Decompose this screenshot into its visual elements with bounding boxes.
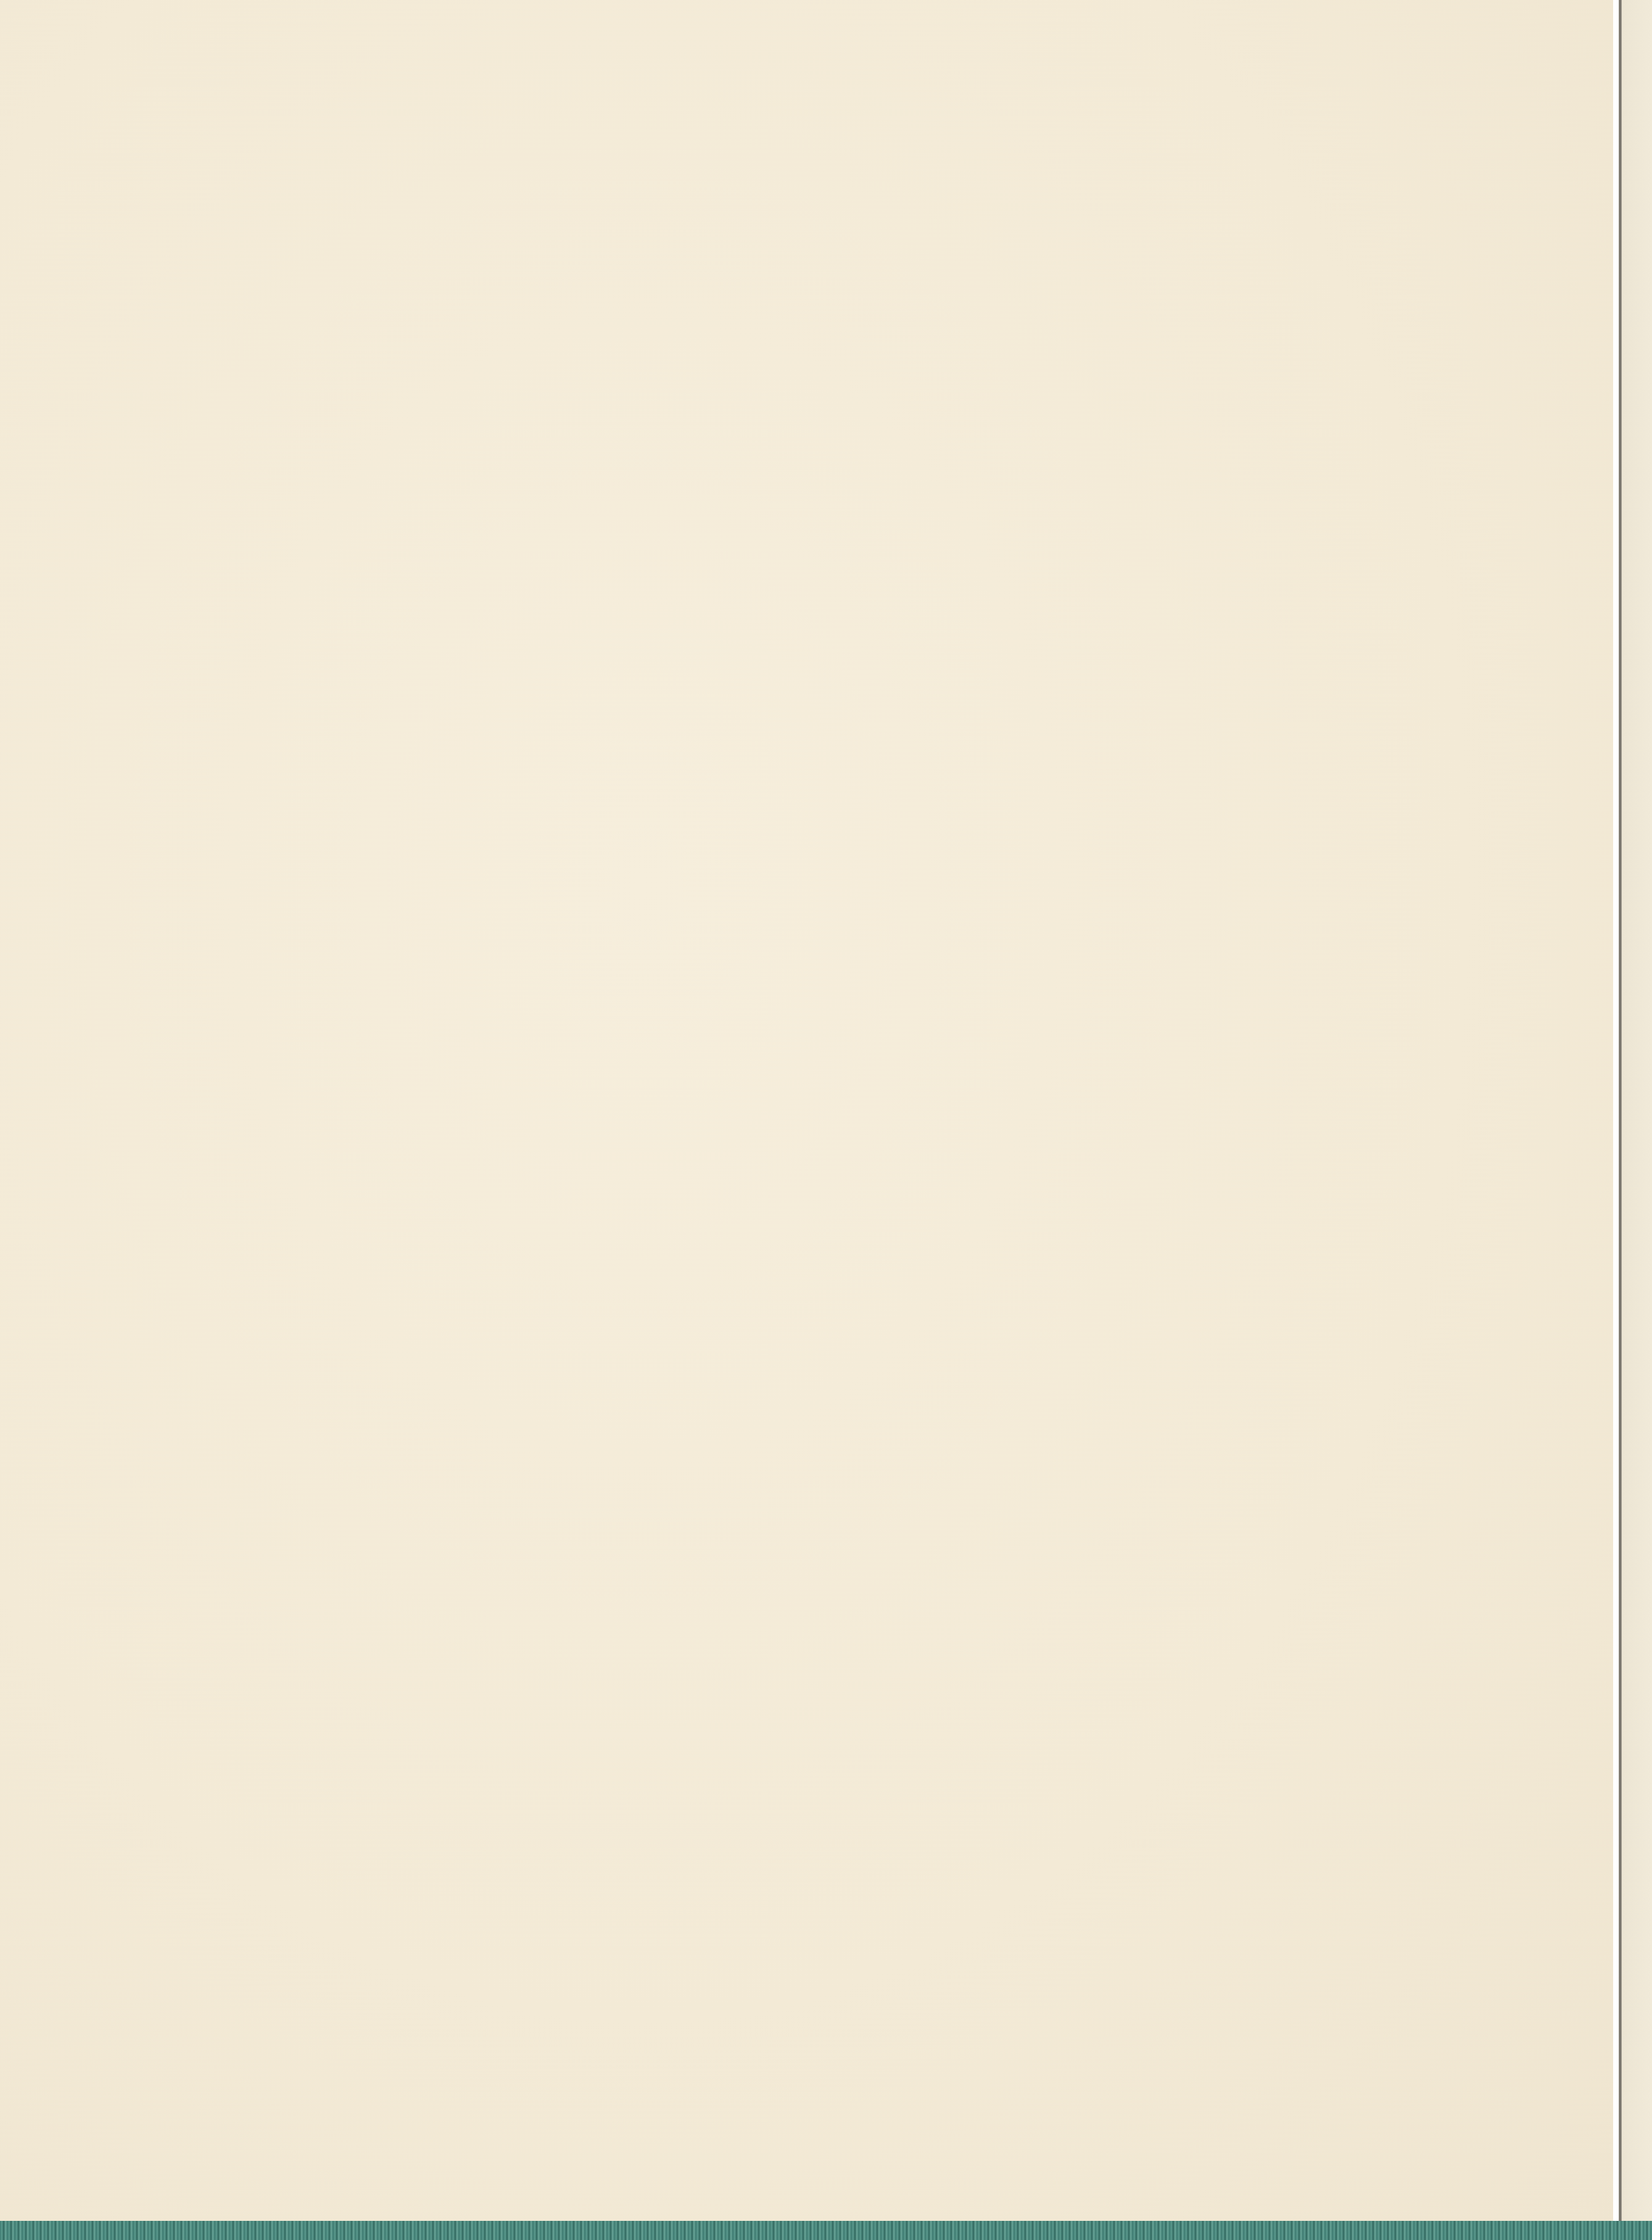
page-edge: [1622, 0, 1652, 2221]
binding-cloth-strip: [0, 2221, 1652, 2240]
blank-book-page: [0, 0, 1613, 2221]
